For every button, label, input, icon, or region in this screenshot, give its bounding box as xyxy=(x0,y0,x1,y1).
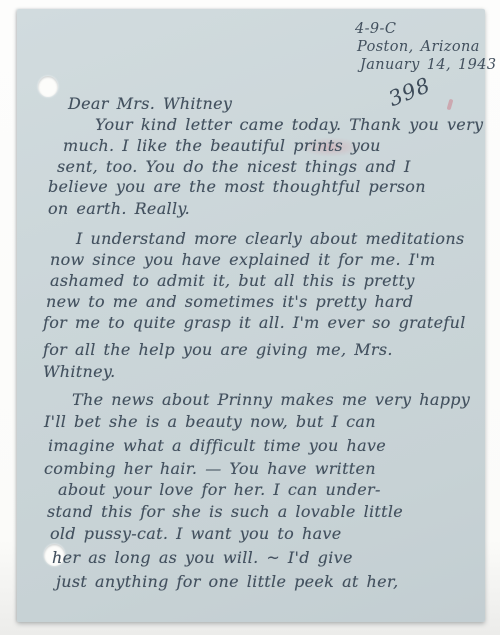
letter-line: sent, too. You do the nicest things and … xyxy=(57,157,411,176)
page-number-annotation: 398 xyxy=(385,73,434,111)
letter-line: Your kind letter came today. Thank you v… xyxy=(95,115,483,134)
letter-line: new to me and sometimes it's pretty hard xyxy=(46,292,413,311)
letter-line: her as long as you will. ~ I'd give xyxy=(52,548,353,567)
letter-date: January 14, 1943 xyxy=(360,57,496,73)
scanned-letter: 4-9-C Poston, Arizona January 14, 1943 3… xyxy=(0,0,500,635)
letter-line: just anything for one little peek at her… xyxy=(56,572,398,591)
letter-line: for all the help you are giving me, Mrs. xyxy=(43,340,393,359)
hole-punch-top xyxy=(38,76,58,97)
salutation: Dear Mrs. Whitney xyxy=(68,94,232,113)
sender-address-block-id: 4-9-C xyxy=(355,21,396,37)
letter-paper: 4-9-C Poston, Arizona January 14, 1943 3… xyxy=(17,9,485,622)
letter-line: combing her hair. — You have written xyxy=(44,459,376,478)
letter-line: I'll bet she is a beauty now, but I can xyxy=(44,412,376,431)
letter-line: ashamed to admit it, but all this is pre… xyxy=(50,271,415,290)
letter-line: much. I like the beautiful prints you xyxy=(63,136,381,155)
sender-address-city: Poston, Arizona xyxy=(357,39,480,55)
letter-line: I understand more clearly about meditati… xyxy=(76,229,464,248)
letter-line: Whitney. xyxy=(43,362,115,381)
letter-line: believe you are the most thoughtful pers… xyxy=(48,177,426,196)
letter-line: about your love for her. I can under- xyxy=(58,480,381,499)
letter-line: old pussy-cat. I want you to have xyxy=(50,524,342,543)
ink-smudge xyxy=(447,99,454,111)
letter-line: imagine what a difficult time you have xyxy=(48,436,386,455)
letter-line: now since you have explained it for me. … xyxy=(50,250,436,269)
letter-line: stand this for she is such a lovable lit… xyxy=(47,502,403,521)
letter-line: on earth. Really. xyxy=(48,199,190,218)
letter-line: The news about Prinny makes me very happ… xyxy=(72,390,470,409)
letter-line: for me to quite grasp it all. I'm ever s… xyxy=(43,313,466,332)
